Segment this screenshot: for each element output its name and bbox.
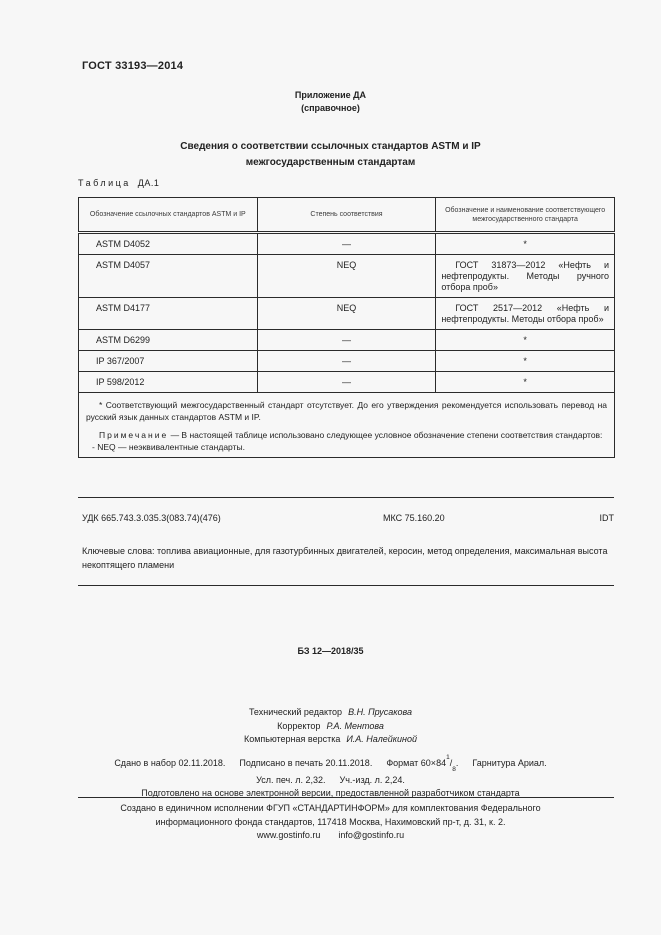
credit-name: В.Н. Прусакова	[348, 707, 412, 717]
idt-label: IDT	[600, 513, 615, 523]
divider-rule-middle	[78, 585, 614, 586]
note-item: - NEQ — неэквивалентные стандарты.	[86, 442, 607, 454]
table-caption-word: Таблица	[78, 178, 131, 188]
keywords-text: Ключевые слова: топлива авиационные, для…	[82, 544, 615, 572]
credit-line-layout: Компьютерная версткаИ.А. Налейкиной	[0, 733, 661, 747]
divider-rule-bottom	[78, 797, 614, 798]
match-cell: *	[436, 233, 615, 255]
udk-code: УДК 665.743.3.035.3(083.74)(476)	[82, 513, 221, 523]
degree-cell: NEQ	[257, 298, 436, 330]
standard-cell: IP 598/2012	[79, 372, 258, 393]
publisher-line3: www.gostinfo.ruinfo@gostinfo.ru	[0, 829, 661, 843]
degree-cell: —	[257, 233, 436, 255]
table-row: ASTM D6299—*	[79, 330, 615, 351]
column-header-standard: Обозначение ссылочных стандартов ASTM и …	[79, 198, 258, 233]
email-text: info@gostinfo.ru	[338, 830, 404, 840]
footnote-paragraph: * Соответствующий межгосударственный ста…	[86, 400, 607, 423]
table-header: Обозначение ссылочных стандартов ASTM и …	[79, 198, 615, 233]
credits-block: Технический редакторВ.Н. Прусакова Корре…	[0, 706, 661, 747]
match-cell: *	[436, 372, 615, 393]
degree-cell: —	[257, 330, 436, 351]
imprint-block: Сдано в набор 02.11.2018.Подписано в печ…	[0, 754, 661, 800]
codes-line: УДК 665.743.3.035.3(083.74)(476) МКС 75.…	[0, 513, 661, 525]
credit-name: Р.А. Ментова	[326, 721, 383, 731]
publisher-line2: информационного фонда стандартов, 117418…	[0, 816, 661, 830]
table-header-row: Обозначение ссылочных стандартов ASTM и …	[79, 198, 615, 233]
table-row: ASTM D4177NEQГОСТ 2517—2012 «Нефть и неф…	[79, 298, 615, 330]
mks-code: МКС 75.160.20	[383, 513, 445, 523]
annex-heading: Приложение ДА (справочное)	[0, 89, 661, 115]
imprint-print-date: Подписано в печать 20.11.2018.	[239, 758, 372, 768]
column-header-match: Обозначение и наименование соответствующ…	[436, 198, 615, 233]
imprint-print-sheets: Усл. печ. л. 2,32.	[256, 775, 325, 785]
standard-cell: IP 367/2007	[79, 351, 258, 372]
table-footnote-cell: * Соответствующий межгосударственный ста…	[79, 393, 615, 458]
imprint-typeface: Гарнитура Ариал.	[472, 758, 546, 768]
publisher-line1: Создано в единичном исполнении ФГУП «СТА…	[0, 802, 661, 816]
degree-cell: —	[257, 372, 436, 393]
annex-label: Приложение ДА	[0, 89, 661, 102]
match-cell: *	[436, 330, 615, 351]
note-text: — В настоящей таблице использовано следу…	[168, 430, 602, 440]
page-title: Сведения о соответствии ссылочных станда…	[0, 139, 661, 171]
imprint-format: Формат 60×841/8.	[386, 758, 458, 768]
table-caption: ТаблицаДА.1	[78, 178, 159, 188]
table-footnote-section: * Соответствующий межгосударственный ста…	[79, 393, 615, 458]
table-row: ASTM D4052—*	[79, 233, 615, 255]
table-row: ASTM D4057NEQГОСТ 31873—2012 «Нефть и не…	[79, 255, 615, 298]
standards-table: Обозначение ссылочных стандартов ASTM и …	[78, 197, 615, 458]
imprint-line2: Усл. печ. л. 2,32.Уч.-изд. л. 2,24.	[0, 774, 661, 787]
note-label: Примечание	[99, 430, 168, 440]
bz-number: БЗ 12—2018/35	[0, 646, 661, 656]
imprint-typeset-date: Сдано в набор 02.11.2018.	[114, 758, 225, 768]
standard-cell: ASTM D6299	[79, 330, 258, 351]
credit-name: И.А. Налейкиной	[346, 734, 417, 744]
page-title-line1: Сведения о соответствии ссылочных станда…	[0, 139, 661, 155]
standard-cell: ASTM D4057	[79, 255, 258, 298]
credit-line-editor: Технический редакторВ.Н. Прусакова	[0, 706, 661, 720]
credit-role: Корректор	[277, 721, 320, 731]
column-header-degree: Степень соответствия	[257, 198, 436, 233]
table-body: ASTM D4052—*ASTM D4057NEQГОСТ 31873—2012…	[79, 233, 615, 393]
table-row: IP 367/2007—*	[79, 351, 615, 372]
page-title-line2: межгосударственным стандартам	[0, 155, 661, 171]
table-caption-number: ДА.1	[138, 178, 160, 188]
annex-type: (справочное)	[0, 102, 661, 115]
degree-cell: NEQ	[257, 255, 436, 298]
imprint-line1: Сдано в набор 02.11.2018.Подписано в печ…	[0, 754, 661, 774]
divider-rule-top	[78, 497, 614, 498]
doc-number: ГОСТ 33193—2014	[82, 60, 183, 72]
credit-line-corrector: КорректорР.А. Ментова	[0, 720, 661, 734]
match-cell: ГОСТ 2517—2012 «Нефть и нефтепродукты. М…	[436, 298, 615, 330]
degree-cell: —	[257, 351, 436, 372]
publisher-block: Создано в единичном исполнении ФГУП «СТА…	[0, 802, 661, 843]
imprint-pub-sheets: Уч.-изд. л. 2,24.	[340, 775, 405, 785]
document-page: ГОСТ 33193—2014 Приложение ДА (справочно…	[0, 0, 661, 935]
note-paragraph: Примечание — В настоящей таблице использ…	[86, 430, 607, 442]
table-row: IP 598/2012—*	[79, 372, 615, 393]
credit-role: Технический редактор	[249, 707, 342, 717]
match-cell: ГОСТ 31873—2012 «Нефть и нефтепродукты. …	[436, 255, 615, 298]
credit-role: Компьютерная верстка	[244, 734, 340, 744]
standard-cell: ASTM D4052	[79, 233, 258, 255]
match-cell: *	[436, 351, 615, 372]
website-text: www.gostinfo.ru	[257, 830, 321, 840]
table-footnote-row: * Соответствующий межгосударственный ста…	[79, 393, 615, 458]
standard-cell: ASTM D4177	[79, 298, 258, 330]
